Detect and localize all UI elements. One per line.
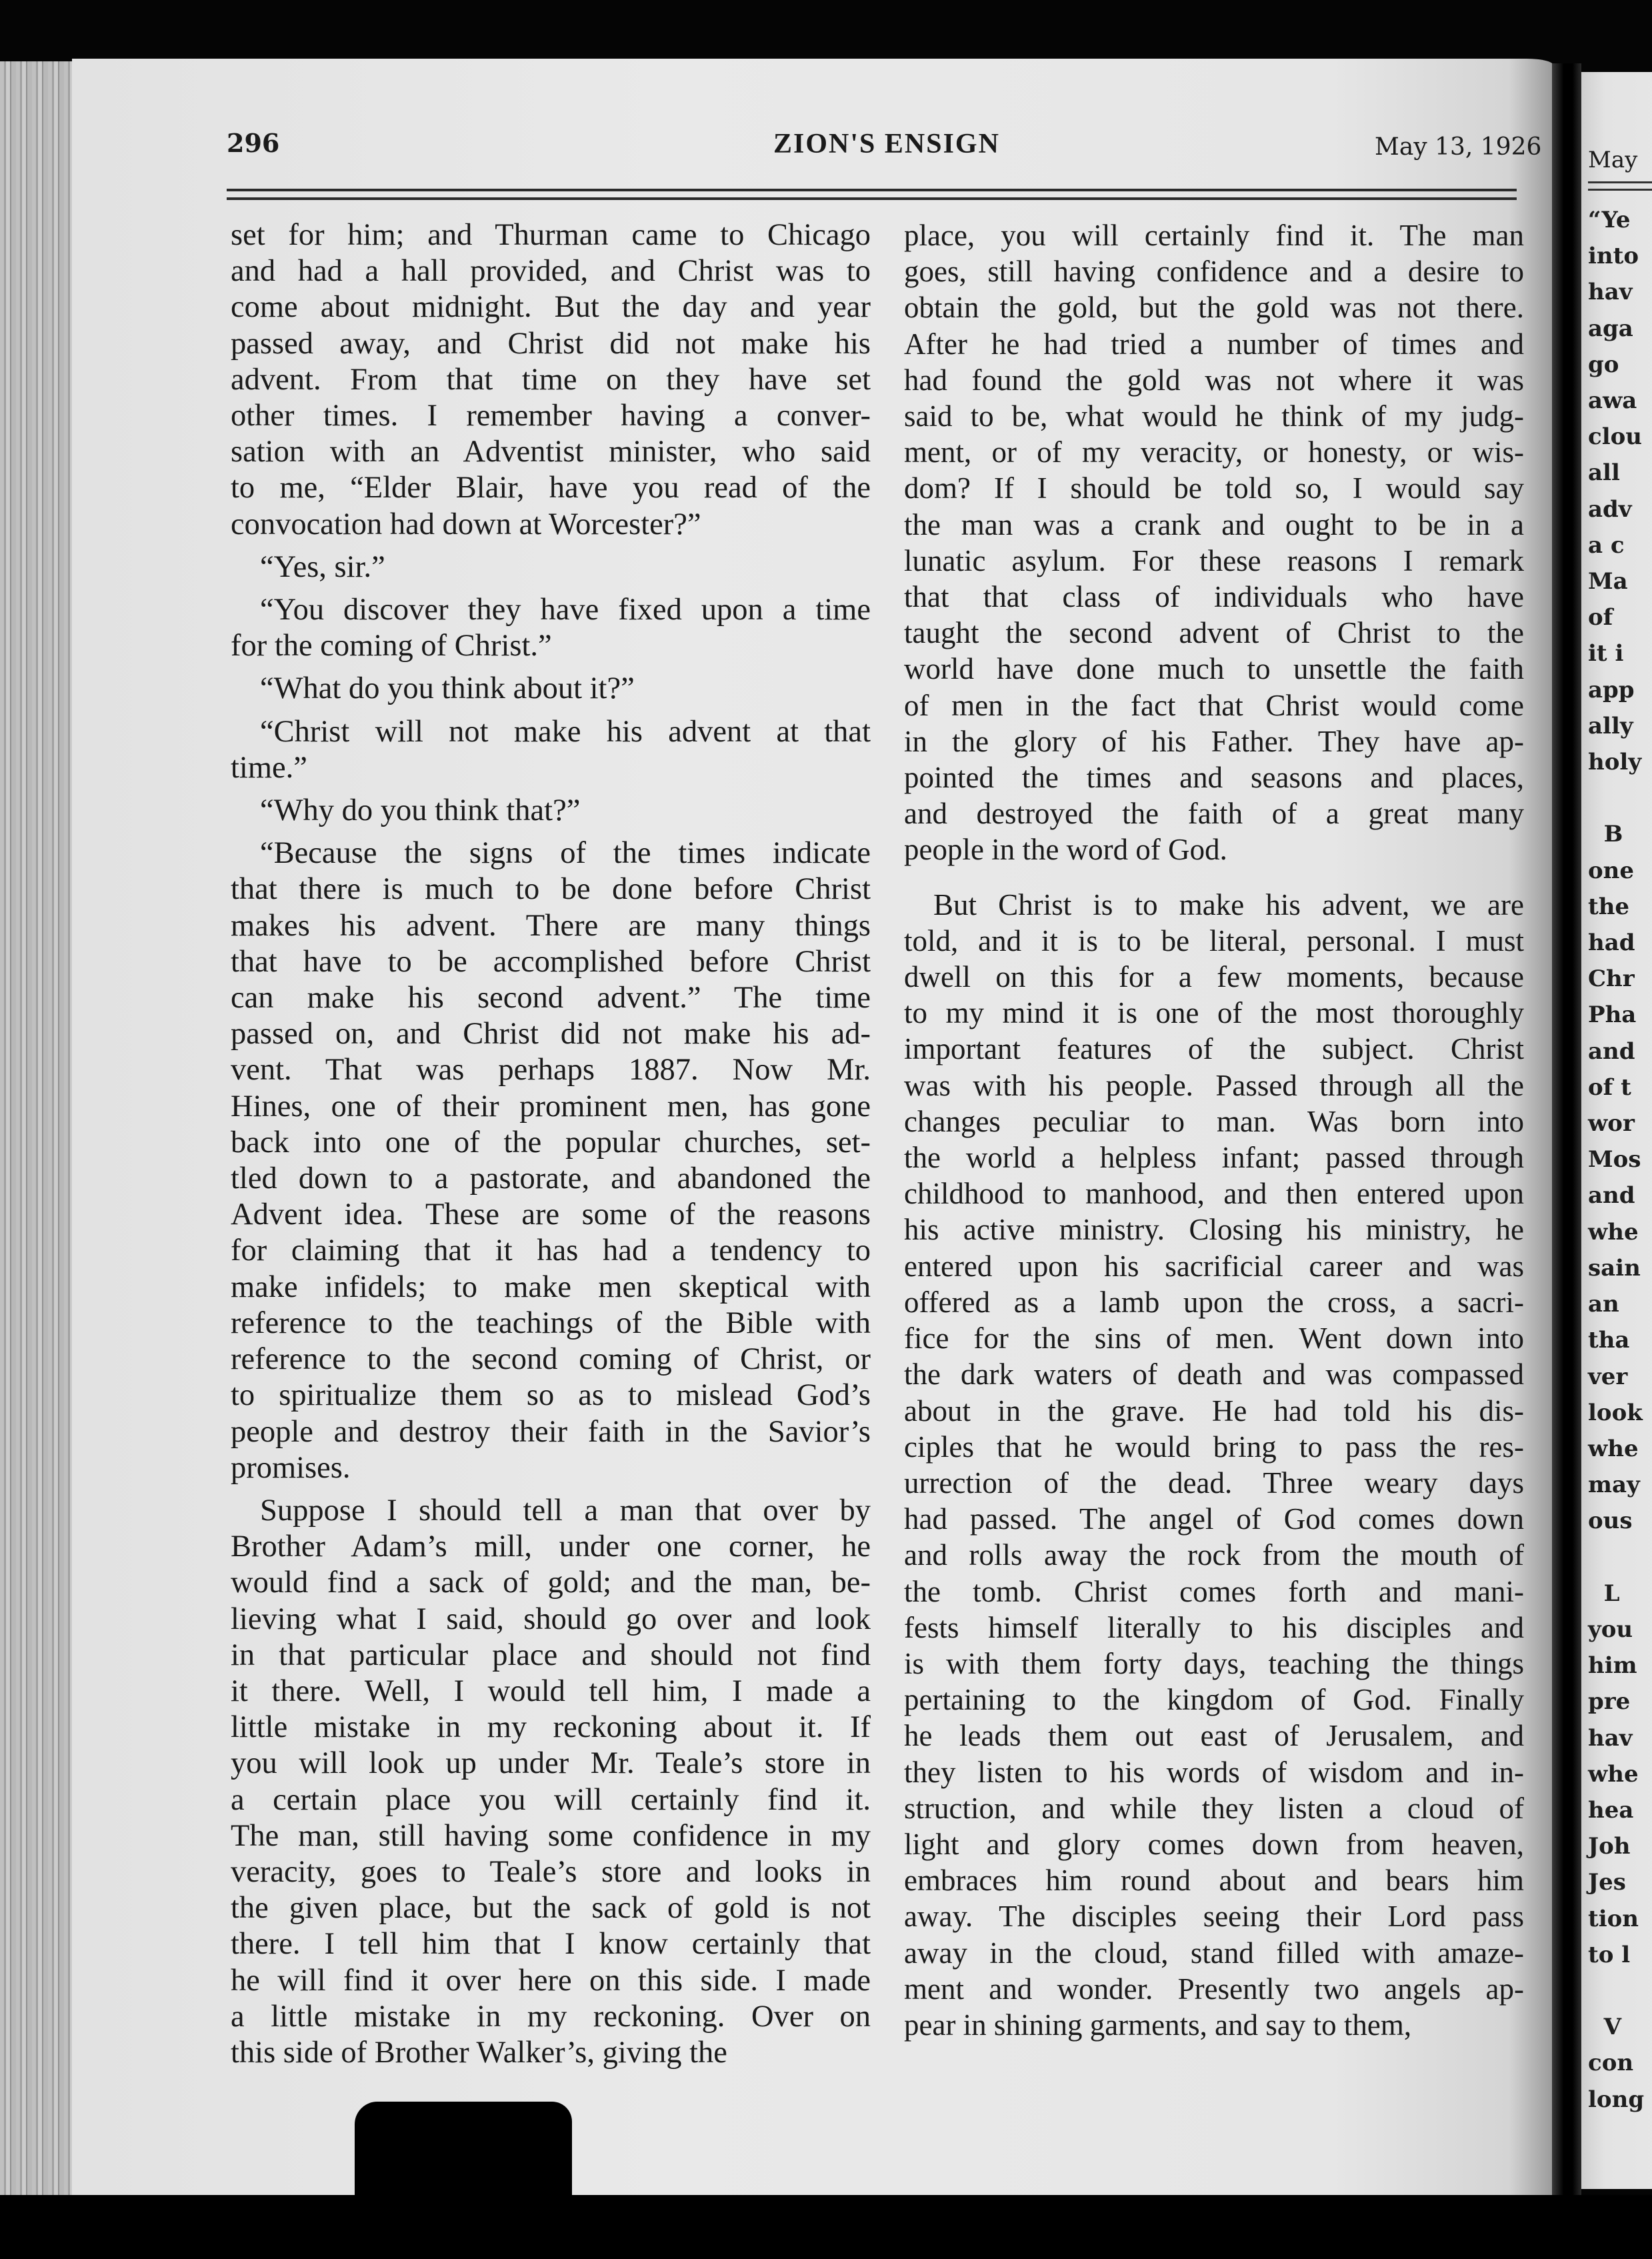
text-line: fice for the sins of men. Went down into [875,1320,1524,1356]
text-line: his active ministry. Closing his ministr… [875,1212,1524,1248]
text-line: ment, or of my veracity, or honesty, or … [904,434,1524,470]
text-line: dom? If I should be told so, I would say [904,470,1524,506]
text-line: “You discover they have fixed upon a tim… [231,592,871,628]
text-line: urrection of the dead. Three weary days [875,1465,1524,1501]
text-line: light and glory comes down from heaven, [875,1826,1524,1862]
text-line: was with his people. Passed through all … [875,1067,1524,1103]
text-line: away in the cloud, stand filled with ama… [875,1935,1524,1971]
text-line: passed away, and Christ did not make his [231,326,871,362]
text-line: “Yes, sir.” [231,549,871,585]
text-line: entered upon his sacrificial career and … [875,1248,1524,1284]
text-line: “What do you think about it?” [231,671,871,707]
paragraph: set for him; and Thurman came to Chicago… [231,217,871,543]
text-line: world have done much to unsettle the fai… [904,651,1524,687]
text-line: people in the word of God. [904,831,1524,867]
paragraph: Suppose I should tell a man that over by… [231,1493,871,2071]
text-line: set for him; and Thurman came to Chicago [231,217,871,253]
paragraph: But Christ is to make his advent, we are… [904,887,1524,2044]
text-line: a certain place you will certainly find … [201,1782,871,1818]
text-line: But Christ is to make his advent, we are [904,887,1524,923]
text-line: back into one of the popular churches, s… [201,1125,871,1161]
text-line: of men in the fact that Christ would com… [904,687,1524,723]
text-line: had found the gold was not where it was [904,362,1524,398]
text-line: Advent idea. These are some of the reaso… [201,1197,871,1233]
text-line: that that class of individuals who have [904,579,1524,615]
text-line: pertaining to the kingdom of God. Finall… [875,1682,1524,1718]
text-line: make infidels; to make men skeptical wit… [201,1270,871,1306]
text-line: Hines, one of their prominent men, has g… [201,1089,871,1125]
text-line: can make his second advent.” The time [201,980,871,1016]
text-line: Suppose I should tell a man that over by [231,1493,871,1529]
next-page-text: “Ye into hav aga go awa clou all adv a c… [1588,202,1644,2118]
text-line: obtain the gold, but the gold was not th… [904,289,1524,325]
text-line: ment and wonder. Presently two angels ap… [875,1971,1524,2007]
text-line: the dark waters of death and was compass… [875,1356,1524,1392]
text-line: “Why do you think that?” [231,793,871,829]
text-line: and had a hall provided, and Christ was … [231,253,871,289]
page-number: 296 [227,128,279,158]
text-line: had passed. The angel of God comes down [875,1501,1524,1537]
left-column: set for him; and Thurman came to Chicago… [231,217,871,2071]
text-line: other times. I remember having a conver- [231,398,871,434]
text-line: convocation had down at Worcester?” [231,507,871,543]
text-line: Brother Adam’s mill, under one corner, h… [201,1529,871,1565]
text-line: people and destroy their faith in the Sa… [201,1414,871,1450]
text-line: vent. That was perhaps 1887. Now Mr. [201,1052,871,1088]
text-line: reference to the second coming of Christ… [201,1342,871,1378]
next-page-header: May [1588,147,1637,173]
next-page-fragment: May “Ye into hav aga go awa clou all adv… [1581,72,1652,2189]
paragraph: place, you will certainly find it. The m… [904,217,1524,868]
text-line: in the glory of his Father. They have ap… [904,723,1524,759]
text-line: After he had tried a number of times and [904,326,1524,362]
text-line: veracity, goes to Teale’s store and look… [201,1854,871,1890]
text-line: struction, and while they listen a cloud… [875,1790,1524,1826]
text-line: dwell on this for a few moments, because [875,959,1524,995]
text-line: goes, still having confidence and a desi… [904,253,1524,289]
text-line: you will look up under Mr. Teale’s store… [201,1746,871,1782]
text-line: this side of Brother Walker’s, giving th… [201,2035,871,2071]
text-line: taught the second advent of Christ to th… [904,615,1524,651]
text-line: lieving what I said, should go over and … [201,1602,871,1638]
text-line: place, you will certainly find it. The m… [904,217,1524,253]
book-gutter [1552,63,1581,2204]
text-line: for claiming that it has had a tendency … [201,1233,871,1269]
paragraph: “You discover they have fixed upon a tim… [231,592,871,664]
text-line: pointed the times and seasons and places… [904,759,1524,795]
page-stack-edge [0,61,72,2195]
text-line: “Christ will not make his advent at that [231,714,871,750]
text-line: away. The disciples seeing their Lord pa… [875,1898,1524,1934]
text-line: the man was a crank and ought to be in a [904,507,1524,543]
text-line: the tomb. Christ comes forth and mani- [875,1574,1524,1610]
paragraph: “Christ will not make his advent at that… [231,714,871,786]
text-line: ciples that he would bring to pass the r… [875,1429,1524,1465]
text-line: embraces him round about and bears him [875,1862,1524,1898]
text-line: offered as a lamb upon the cross, a sacr… [875,1284,1524,1320]
text-line: a little mistake in my reckoning. Over o… [201,1999,871,2035]
text-line: is with them forty days, teaching the th… [875,1646,1524,1682]
text-line: in that particular place and should not … [201,1638,871,1674]
publication-title: ZION'S ENSIGN [773,128,1000,160]
text-line: makes his advent. There are many things [201,908,871,944]
text-line: reference to the teachings of the Bible … [201,1306,871,1342]
text-line: about in the grave. He had told his dis- [875,1393,1524,1429]
text-line: sation with an Adventist minister, who s… [231,434,871,470]
paragraph: “Yes, sir.” [231,549,871,585]
text-line: it there. Well, I would tell him, I made… [201,1674,871,1710]
scanner-background [0,2195,1652,2259]
text-line: to my mind it is one of the most thoroug… [875,995,1524,1031]
text-line: would find a sack of gold; and the man, … [201,1565,871,1601]
text-line: pear in shining garments, and say to the… [875,2007,1524,2043]
text-line: the given place, but the sack of gold is… [201,1890,871,1926]
text-line: he leads them out east of Jerusalem, and [875,1718,1524,1754]
paragraph: “Why do you think that?” [231,793,871,829]
text-line: important features of the subject. Chris… [875,1031,1524,1067]
text-line: “Because the signs of the times indicate [231,835,871,871]
text-line: they listen to his words of wisdom and i… [875,1754,1524,1790]
header-double-rule [227,189,1517,200]
text-line: and rolls away the rock from the mouth o… [875,1537,1524,1573]
text-line: he will find it over here on this side. … [201,1963,871,1999]
text-line: advent. From that time on they have set [231,362,871,398]
text-line: tled down to a pastorate, and abandoned … [201,1161,871,1197]
thumb-shadow [355,2102,572,2208]
text-line: lunatic asylum. For these reasons I rema… [904,543,1524,579]
text-line: time.” [201,750,871,786]
text-line: and destroyed the faith of a great many [904,795,1524,831]
text-line: The man, still having some confidence in… [201,1818,871,1854]
text-line: told, and it is to be literal, personal.… [875,923,1524,959]
text-line: changes peculiar to man. Was born into [875,1103,1524,1140]
paragraph: “Because the signs of the times indicate… [231,835,871,1486]
text-line: come about midnight. But the day and yea… [231,289,871,325]
text-line: passed on, and Christ did not make his a… [201,1016,871,1052]
text-line: childhood to manhood, and then entered u… [875,1176,1524,1212]
text-line: fests himself literally to his disciples… [875,1610,1524,1646]
text-line: to spiritualize them so as to mislead Go… [201,1378,871,1414]
text-line: to me, “Elder Blair, have you read of th… [231,470,871,506]
next-page-rule [1588,181,1652,191]
text-line: that have to be accomplished before Chri… [201,944,871,980]
text-line: said to be, what would he think of my ju… [904,398,1524,434]
right-column: place, you will certainly find it. The m… [904,217,1524,2043]
paragraph: “What do you think about it?” [231,671,871,707]
text-line: little mistake in my reckoning about it.… [201,1710,871,1746]
text-line: that there is much to be done before Chr… [201,871,871,907]
text-line: the world a helpless infant; passed thro… [875,1140,1524,1176]
text-line: there. I tell him that I know certainly … [201,1926,871,1962]
text-line: promises. [201,1450,871,1486]
text-line: for the coming of Christ.” [201,628,871,664]
issue-date: May 13, 1926 [1375,133,1541,161]
